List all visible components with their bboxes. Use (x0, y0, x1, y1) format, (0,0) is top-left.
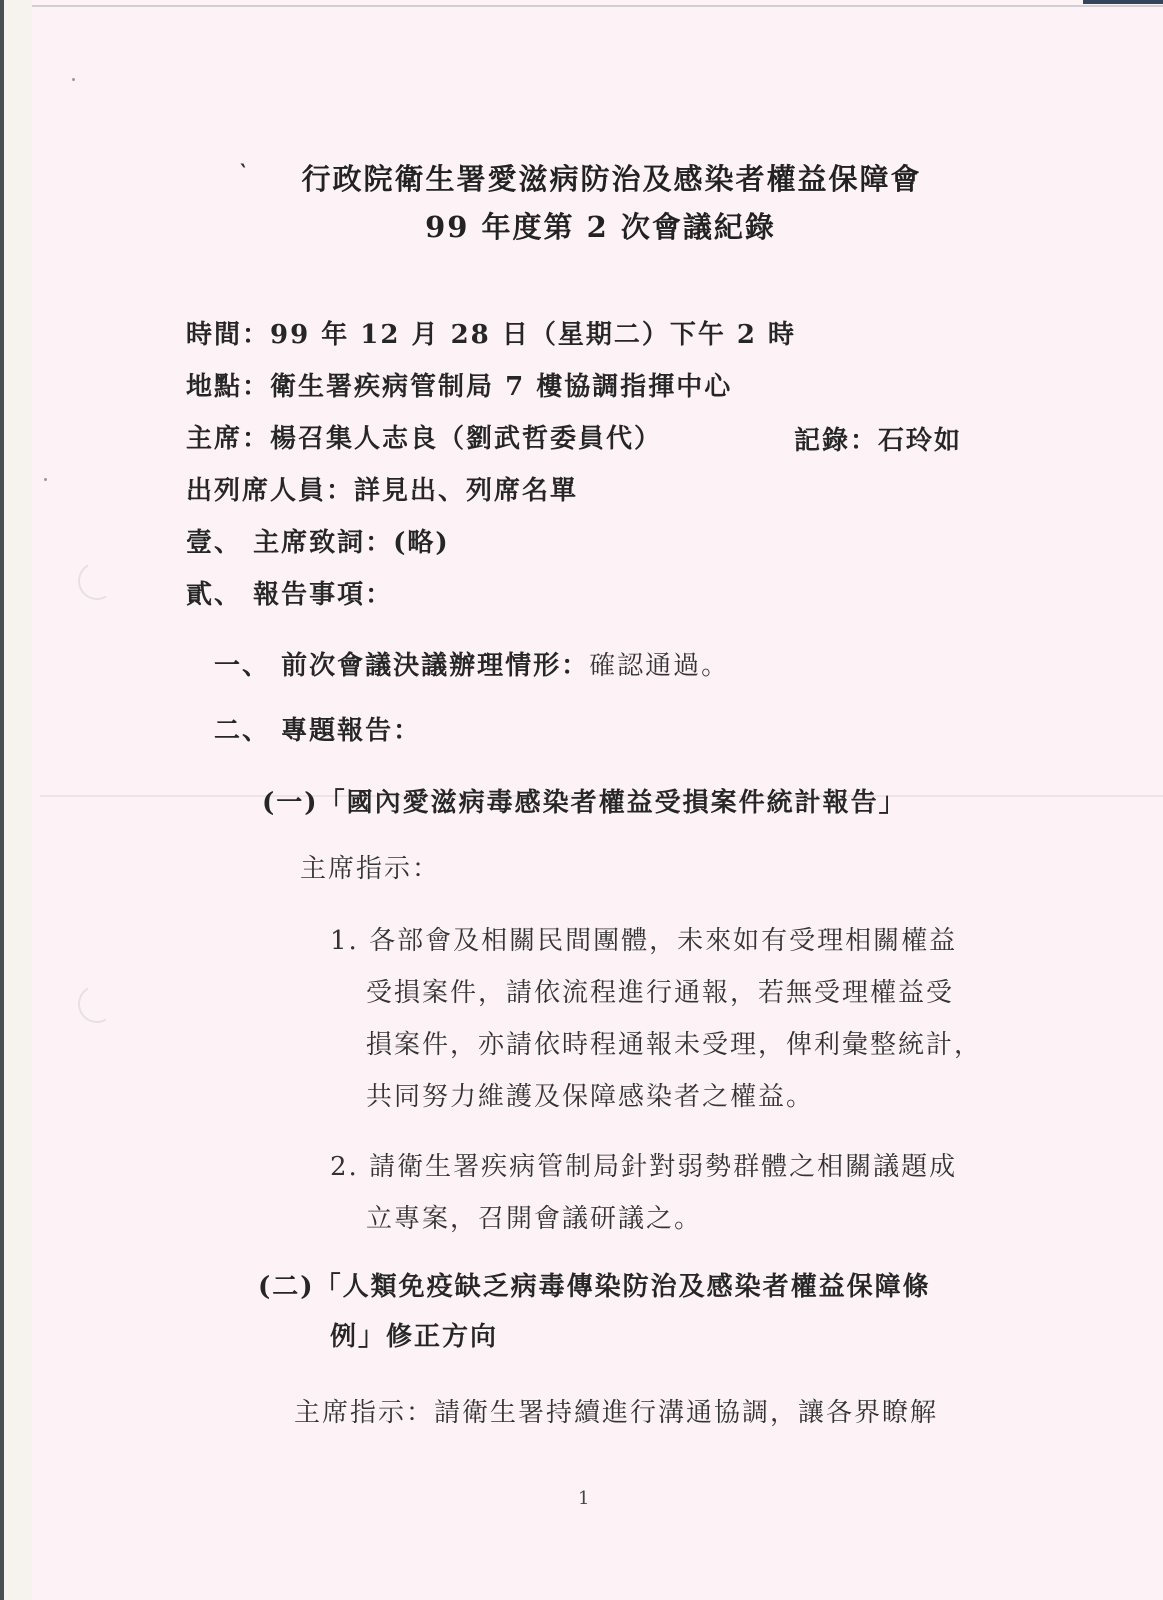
topic-title: 「國內愛滋病毒感染者權益受損案件統計報告」 (319, 788, 907, 818)
time-label: 時間： (186, 320, 270, 350)
directive-1-line-2: 受損案件，請依流程進行通報，若無受理權益受 (366, 972, 954, 1009)
section-heading: 主席致詞： (253, 528, 393, 558)
directive-text: 各部會及相關民間團體，未來如有受理相關權益 (369, 926, 957, 956)
section-opening-remarks: 壹、 主席致詞：(略) (186, 522, 450, 559)
section-note: (略) (393, 528, 450, 558)
recorder-value: 石玲如 (878, 426, 962, 456)
item-number: 一、 (214, 651, 270, 681)
report-item-previous-resolutions: 一、 前次會議決議辦理情形：確認通過。 (214, 645, 729, 682)
meeting-place: 地點：衛生署疾病管制局 7 樓協調指揮中心 (186, 366, 732, 403)
topic-1-title: (一)「國內愛滋病毒感染者權益受損案件統計報告」 (262, 782, 907, 819)
meeting-time: 時間：99 年 12 月 28 日（星期二）下午 2 時 (186, 314, 796, 351)
meeting-recorder: 記錄：石玲如 (794, 420, 962, 457)
directive-1-line-1: 1. 各部會及相關民間團體，未來如有受理相關權益 (330, 920, 957, 957)
punch-hole-lower (74, 981, 121, 1028)
directive-2-line-1: 2. 請衛生署疾病管制局針對弱勢群體之相關議題成 (330, 1146, 957, 1183)
directive-2-line-2: 立專案，召開會議研議之。 (366, 1198, 702, 1235)
item-heading: 前次會議決議辦理情形： (281, 651, 589, 681)
topic-title: 「人類免疫缺乏病毒傳染防治及感染者權益保障條 (315, 1272, 931, 1302)
chair-value: 楊召集人志良（劉武哲委員代） (270, 424, 662, 454)
attendees-value: 詳見出、列席名單 (354, 476, 578, 506)
document-subtitle: 99 年度第 2 次會議紀錄 (0, 205, 1163, 246)
report-item-special-reports: 二、 專題報告： (214, 710, 421, 747)
page-number: 1 (578, 1488, 589, 1509)
punch-hole-upper (74, 558, 121, 605)
meeting-chair: 主席：楊召集人志良（劉武哲委員代） (186, 418, 662, 455)
directive-1-line-3: 損案件，亦請依時程通報未受理，俾利彙整統計， (366, 1024, 982, 1061)
scan-top-right-band (1083, 0, 1163, 4)
topic-2-directive: 主席指示：請衛生署持續進行溝通協調，讓各界瞭解 (294, 1392, 938, 1429)
section-number: 壹、 (186, 528, 242, 558)
topic-number: (一) (262, 788, 319, 818)
section-number: 貳、 (186, 580, 242, 610)
document-title: 行政院衛生署愛滋病防治及感染者權益保障會 (0, 157, 1163, 198)
directive-1-line-4: 共同努力維護及保障感染者之權益。 (366, 1076, 814, 1113)
directive-text: 請衛生署疾病管制局針對弱勢群體之相關議題成 (369, 1152, 957, 1182)
scan-speck (44, 478, 47, 481)
place-label: 地點： (186, 372, 270, 402)
scan-top-rule (32, 5, 1163, 7)
item-heading: 專題報告： (281, 716, 421, 746)
attendees-label: 出列席人員： (186, 476, 354, 506)
meeting-attendees: 出列席人員：詳見出、列席名單 (186, 470, 578, 507)
directive-label: 主席指示： (294, 1398, 434, 1428)
directive-text: 請衛生署持續進行溝通協調，讓各界瞭解 (434, 1398, 938, 1428)
topic-number: (二) (258, 1272, 315, 1302)
item-number: 二、 (214, 716, 270, 746)
directive-number: 1. (330, 926, 359, 956)
topic-1-directive-label: 主席指示： (300, 848, 440, 885)
topic-2-title-line-2: 例」修正方向 (330, 1316, 498, 1353)
directive-number: 2. (330, 1152, 359, 1182)
topic-2-title-line-1: (二)「人類免疫缺乏病毒傳染防治及感染者權益保障條 (258, 1266, 931, 1303)
scan-speck (72, 78, 75, 81)
time-value: 99 年 12 月 28 日（星期二）下午 2 時 (270, 320, 796, 350)
section-report-matters: 貳、 報告事項： (186, 574, 393, 611)
place-value: 衛生署疾病管制局 7 樓協調指揮中心 (270, 372, 732, 402)
chair-label: 主席： (186, 424, 270, 454)
recorder-label: 記錄： (794, 426, 878, 456)
section-heading: 報告事項： (253, 580, 393, 610)
item-result: 確認通過。 (589, 651, 729, 681)
